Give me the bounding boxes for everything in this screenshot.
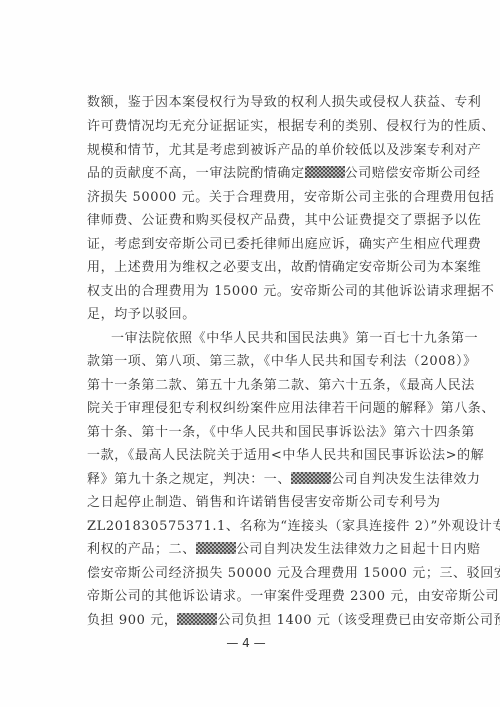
text-line: 规模和情节，尤其是考虑到被诉产品的单价较低以及涉案专利对产 bbox=[87, 143, 413, 159]
text-line: 权支出的合理费用为 15000 元。安帝斯公司的其他诉讼请求理据不 bbox=[87, 284, 413, 300]
text-segment: 负担 900 元， bbox=[87, 613, 177, 628]
margin-annotation: 9 bbox=[402, 545, 407, 554]
text-line: 负担 900 元，公司负担 1400 元（该受理费已由安帝斯公司预 bbox=[87, 613, 413, 629]
text-line: 数额，鉴于因本案侵权行为导致的权利人损失或侵权人获益、专利 bbox=[87, 95, 413, 111]
text-segment: 公司自判决发生法律效力 bbox=[331, 472, 481, 487]
text-segment: 释》第九十条之规定，判决：一、 bbox=[87, 472, 291, 487]
text-line: 用，上述费用为维权之必要支出，故酌情确定安帝斯公司为本案维 bbox=[87, 260, 413, 276]
paragraph-start-line: 一审法院依照《中华人民共和国民法典》第一百七十九条第一 bbox=[111, 331, 413, 347]
text-line: 偿安帝斯公司经济损失 50000 元及合理费用 15000 元；三、驳回安 bbox=[87, 566, 413, 582]
document-page: 数额，鉴于因本案侵权行为导致的权利人损失或侵权人获益、专利 许可费情况均无充分证… bbox=[0, 0, 500, 707]
text-line: 第十条、第十一条，《中华人民共和国民事诉讼法》第六十四条第 bbox=[87, 425, 413, 441]
text-line: 利权的产品；二、公司自判决发生法律效力之日起十日内赔 bbox=[87, 542, 413, 558]
text-line: 证，考虑到安帝斯公司已委托律师出庭应诉，确实产生相应代理费 bbox=[87, 237, 413, 253]
text-line: 许可费情况均无充分证据证实，根据专利的类别、侵权行为的性质、 bbox=[87, 119, 413, 135]
text-line: 释》第九十条之规定，判决：一、公司自判决发生法律效力 bbox=[87, 472, 413, 488]
text-line: 品的贡献度不高，一审法院酌情确定公司赔偿安帝斯公司经 bbox=[87, 166, 413, 182]
text-line: 款第一项、第八项、第三款，《中华人民共和国专利法（2008）》 bbox=[87, 354, 413, 370]
page-number-text: — 4 — bbox=[226, 636, 265, 650]
redacted-company-name bbox=[177, 613, 217, 625]
text-segment: 公司自判决发生法律效力之日起十日内赔 bbox=[236, 542, 481, 557]
text-segment: 品的贡献度不高，一审法院酌情确定 bbox=[87, 166, 305, 181]
text-line: 济损失 50000 元。关于合理费用，安帝斯公司主张的合理费用包括 bbox=[87, 190, 413, 206]
text-line: 足，均予以驳回。 bbox=[87, 307, 413, 323]
redacted-company-name bbox=[196, 542, 236, 554]
text-line: 一款，《最高人民法院关于适用<中华人民共和国民事诉讼法>的解 bbox=[87, 448, 413, 464]
text-line: 院关于审理侵犯专利权纠纷案件应用法律若干问题的解释》第八条、 bbox=[87, 401, 413, 417]
text-line: 律师费、公证费和购买侵权产品费，其中公证费提交了票据予以佐 bbox=[87, 213, 413, 229]
redacted-company-name bbox=[291, 472, 331, 484]
text-segment: 公司负担 1400 元（该受理费已由安帝斯公司预 bbox=[217, 613, 500, 628]
page-number: — 4 — bbox=[0, 636, 500, 650]
redacted-company-name bbox=[305, 166, 345, 178]
text-line: 第十一条第二款、第五十九条第二款、第六十五条，《最高人民法 bbox=[87, 378, 413, 394]
text-line: ZL201830575371.1、名称为“连接头（家具连接件 2）”外观设计专 bbox=[87, 519, 413, 535]
text-segment: 利权的产品；二、 bbox=[87, 542, 196, 557]
text-line: 之日起停止制造、销售和许诺销售侵害安帝斯公司专利号为 bbox=[87, 495, 413, 511]
text-line: 帝斯公司的其他诉讼请求。一审案件受理费 2300 元，由安帝斯公司 bbox=[87, 589, 413, 605]
text-segment: 公司赔偿安帝斯公司经 bbox=[345, 166, 481, 181]
